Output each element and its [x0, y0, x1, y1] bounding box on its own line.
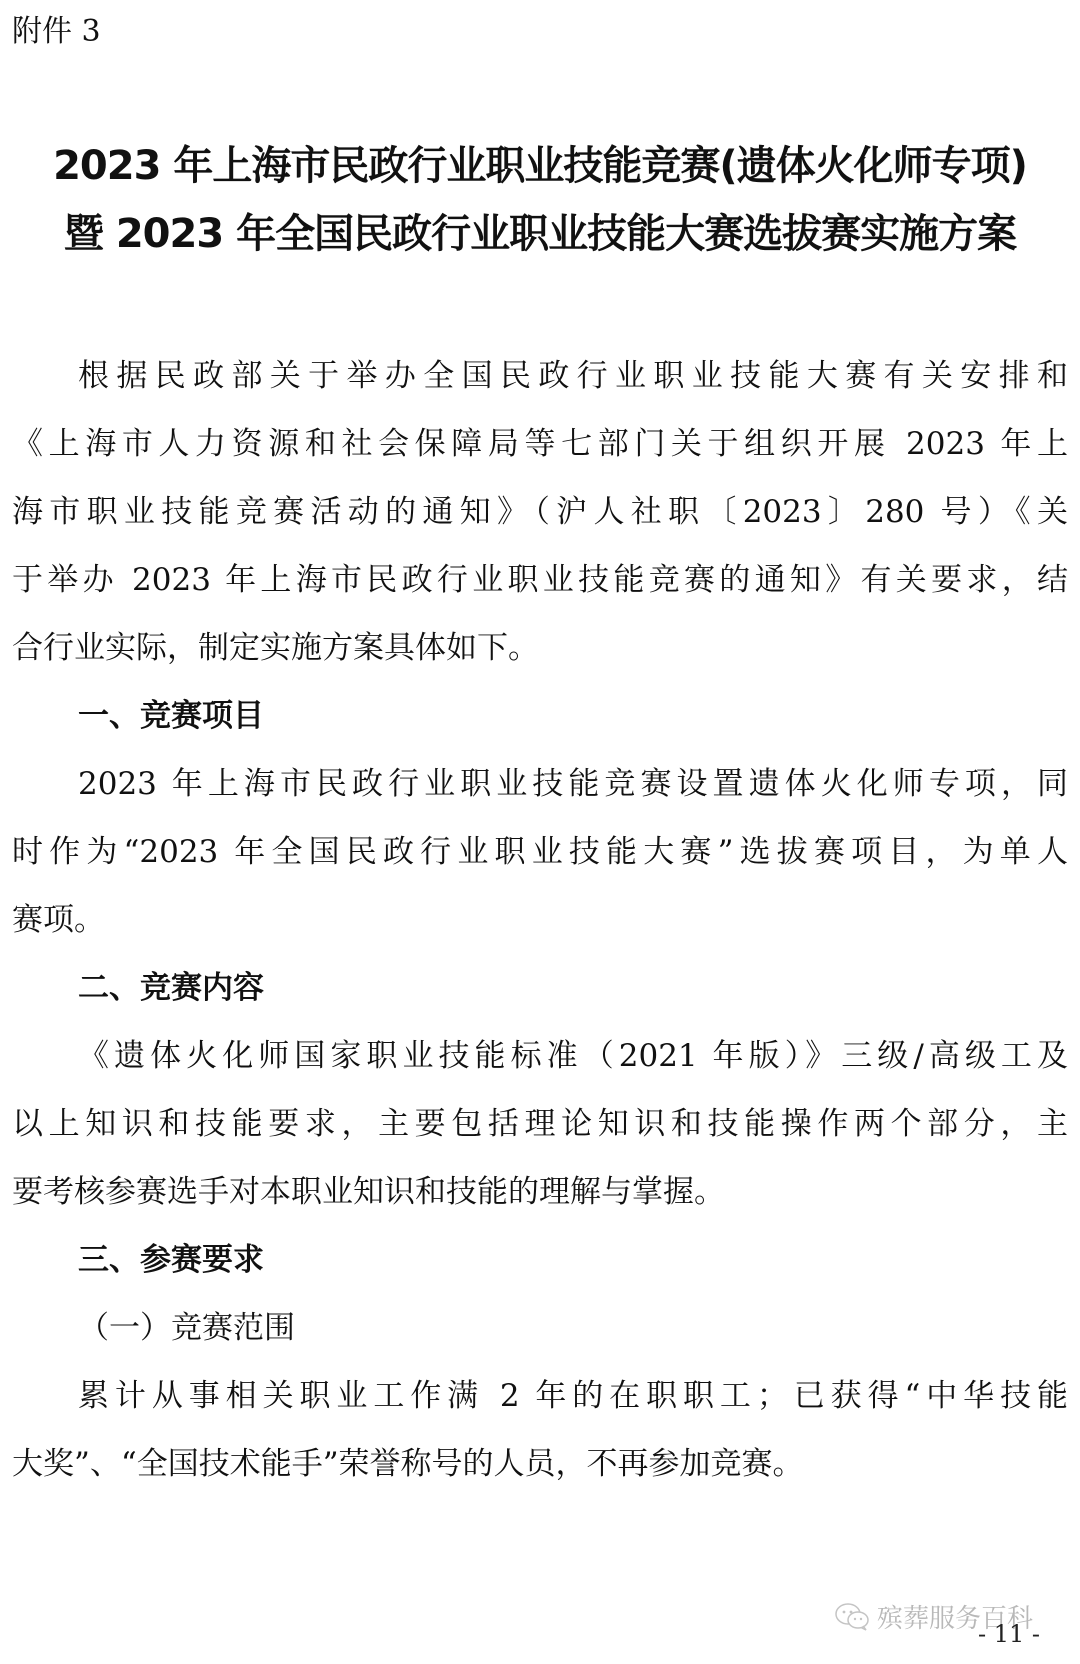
section-line: 要考核参赛选手对本职业知识和技能的理解与掌握。 [12, 1170, 1068, 1214]
page-number: - 11 - [978, 1620, 1040, 1648]
attachment-label: 附件 3 [12, 12, 101, 52]
section-line: 大奖”、“全国技术能手”荣誉称号的人员，不再参加竞赛。 [12, 1442, 1068, 1486]
wechat-icon [835, 1602, 871, 1632]
section-heading: 三、参赛要求 [78, 1238, 264, 1282]
section-heading: 二、竞赛内容 [78, 966, 264, 1010]
section-line: 赛项。 [12, 898, 1068, 942]
section-line: 2023 年上海市民政行业职业技能竞赛设置遗体火化师专项，同 [78, 762, 1068, 806]
intro-line-2: 《上海市人力资源和社会保障局等七部门关于组织开展 2023 年上 [12, 422, 1068, 466]
intro-line-1: 根据民政部关于举办全国民政行业职业技能大赛有关安排和 [78, 354, 1068, 398]
title-line-1: 2023 年上海市民政行业职业技能竞赛(遗体火化师专项) [0, 140, 1080, 192]
section-line: 《遗体火化师国家职业技能标准（2021 年版）》三级/高级工及 [78, 1034, 1068, 1078]
intro-line-4: 于举办 2023 年上海市民政行业职业技能竞赛的通知》有关要求，结 [12, 558, 1068, 602]
title-line-2: 暨 2023 年全国民政行业职业技能大赛选拔赛实施方案 [0, 208, 1080, 260]
section-heading: 一、竞赛项目 [78, 694, 264, 738]
intro-line-3: 海市职业技能竞赛活动的通知》（沪人社职〔2023〕280 号）《关 [12, 490, 1068, 534]
intro-line-5: 合行业实际，制定实施方案具体如下。 [12, 626, 1068, 670]
section-line: 累计从事相关职业工作满 2 年的在职职工；已获得“中华技能 [78, 1374, 1068, 1418]
section-line: 时作为“2023 年全国民政行业职业技能大赛”选拔赛项目，为单人 [12, 830, 1068, 874]
subsection-heading: （一）竞赛范围 [78, 1306, 295, 1350]
section-line: 以上知识和技能要求，主要包括理论知识和技能操作两个部分，主 [12, 1102, 1068, 1146]
